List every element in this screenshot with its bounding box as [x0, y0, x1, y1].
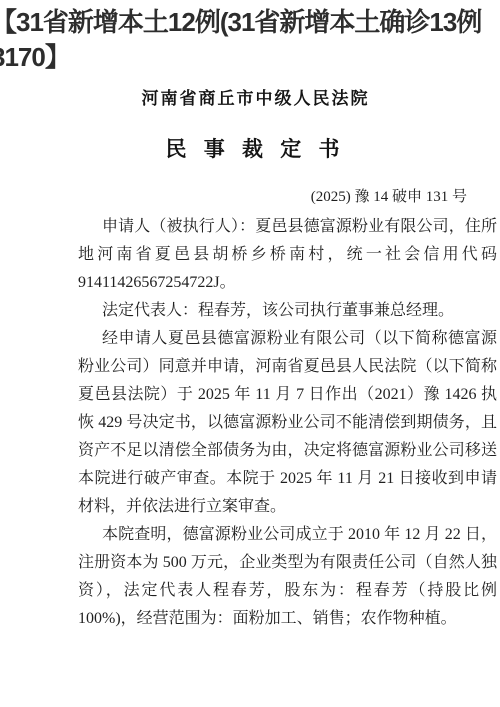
- paragraph-court-findings: 本院查明，德富源粉业公司成立于 2010 年 12 月 22 日，注册资本为 5…: [78, 521, 497, 633]
- paragraph-legal-representative: 法定代表人：程春芳，该公司执行董事兼总经理。: [78, 297, 497, 325]
- page-title-line-1: 【31省新增本土12例(31省新增本土确诊13例: [0, 5, 500, 40]
- case-number: (2025) 豫 14 破申 131 号: [78, 187, 497, 207]
- court-document: 河南省商丘市中级人民法院 民 事 裁 定 书 (2025) 豫 14 破申 13…: [78, 89, 497, 633]
- paragraph-applicant: 申请人（被执行人）：夏邑县德富源粉业有限公司，住所地河南省夏邑县胡桥乡桥南村，统…: [78, 213, 497, 297]
- document-type-title: 民 事 裁 定 书: [46, 137, 465, 161]
- page: 【31省新增本土12例(31省新增本土确诊13例 3170】 河南省商丘市中级人…: [0, 0, 500, 707]
- court-name: 河南省商丘市中级人民法院: [46, 89, 465, 109]
- paragraph-application-history: 经申请人夏邑县德富源粉业有限公司（以下简称德富源粉业公司）同意并申请，河南省夏邑…: [78, 325, 497, 521]
- page-title-line-2: 3170】: [0, 40, 500, 75]
- page-title: 【31省新增本土12例(31省新增本土确诊13例 3170】: [0, 0, 500, 75]
